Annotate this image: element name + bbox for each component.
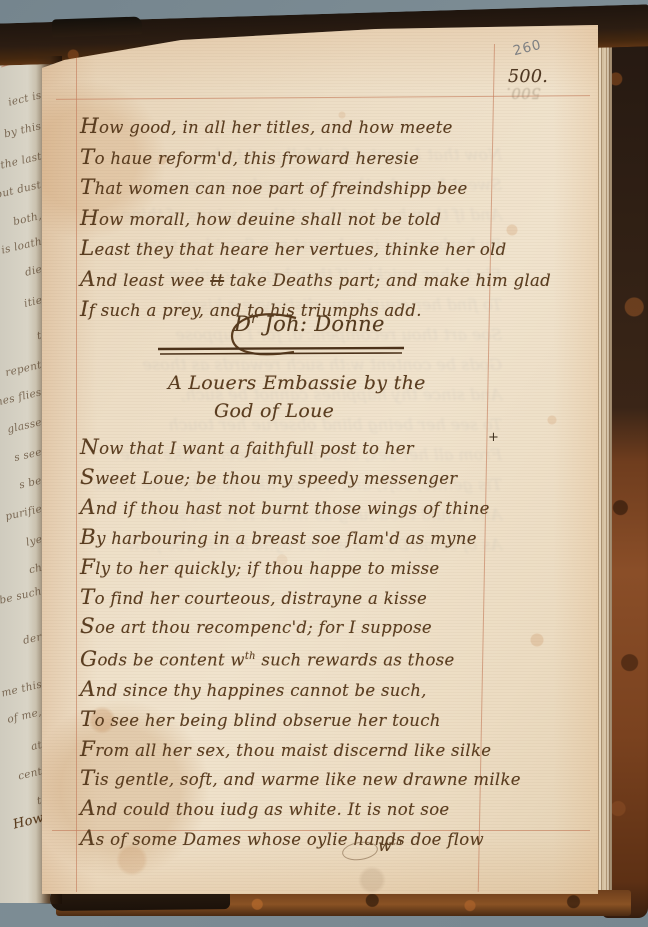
manuscript-line: By harbouring in a breast soe flam'd as … [80,524,494,554]
manuscript-line: And if thou hast not burnt those wings o… [80,494,494,524]
manuscript-line: Fly to her quickly; if thou happe to mis… [80,554,494,584]
manuscript-line: And could thou iudg as white. It is not … [80,795,494,825]
manuscript-line: To haue reform'd, this froward heresie [80,143,494,174]
leather-corner-tab [52,16,143,37]
manuscript-line: To see her being blind obserue her touch [80,706,494,736]
poem-one-final-stanza: How good, in all her titles, and how mee… [80,112,494,326]
manuscript-line: Tis gentle, soft, and warme like new dra… [80,765,494,795]
attribution-dr-john-donne: Dr Joh: Donne [234,311,385,336]
manuscript-line: Gods be content wth such rewards as thos… [80,643,494,675]
manuscript-line: Soe art thou recompenc'd; for I suppose [80,613,494,643]
manuscript-line: Least they that heare her vertues, think… [80,234,494,265]
manuscript-line: To find her courteous, distrayne a kisse [80,584,494,614]
folio-number-pencil: 260 [511,37,543,59]
poem-title-line-2: God of Loue [214,400,334,422]
manuscript-line: That women can noe part of freindshipp b… [80,173,494,204]
manuscript-line: Now that I want a faithfull post to her [80,434,494,464]
catchword: wth [378,836,403,855]
photograph-of-manuscript: { "manuscript": { "folio_number_pencil":… [0,0,648,927]
manuscript-line: And since thy happines cannot be such, [80,676,494,706]
manuscript-line: How good, in all her titles, and how mee… [80,112,494,143]
poem-title-line-1: A Louers Embassie by the [168,372,426,394]
margin-rule-left [76,42,77,892]
manuscript-line: From all her sex, thou maist discernd li… [80,736,494,766]
manuscript-line: How morall, how deuine shall not be told [80,204,494,235]
manuscript-line: As of some Dames whose oylie hands doe f… [80,825,494,855]
manuscript-line: Sweet Loue; be thou my speedy messenger [80,464,494,494]
poem-two-stanza: Now that I want a faithfull post to herS… [80,434,494,855]
manuscript-page: Now that I want a faithfull post to herS… [42,20,598,894]
manuscript-line: And least wee tt take Deaths part; and m… [80,265,494,296]
page-number-show-through: 500. [506,84,541,102]
